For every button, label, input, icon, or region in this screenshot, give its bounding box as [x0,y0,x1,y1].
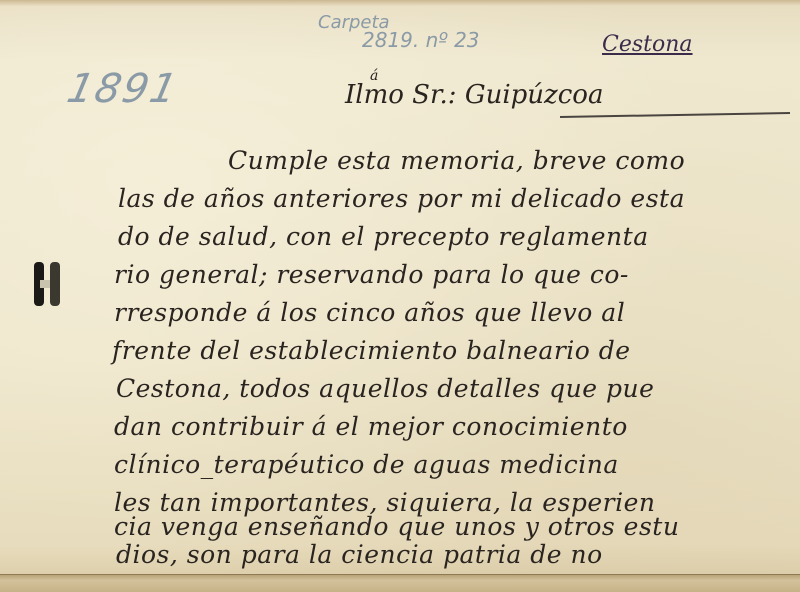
body-line: dios, son para la ciencia patria de no [116,540,603,569]
body-line: Cumple esta memoria, breve como [228,146,685,175]
body-line: las de años anteriores por mi delicado e… [118,184,685,213]
scanned-page: 1891 Carpeta 2819. nº 23 Cestona á Ilmo … [0,0,800,592]
body-line: do de salud, con el precepto reglamenta [118,222,649,251]
letter-place: Cestona [602,32,693,57]
body-line: cia venga enseñando que unos y otros est… [114,512,679,541]
salutation-underline [560,112,790,118]
body-line: frente del establecimiento balneario de [112,336,631,365]
body-line: clínico_terapéutico de aguas medicina [114,450,619,479]
page-top-edge [0,0,800,6]
page-bottom-edge [0,574,800,592]
salutation: Ilmo Sr.: Guipúzcoa [345,80,603,110]
pencil-archive-ref-line2: 2819. nº 23 [362,28,480,52]
body-line: rresponde á los cinco años que llevo al [114,298,625,327]
body-line: dan contribuir á el mejor conocimiento [114,412,628,441]
pencil-year-annotation: 1891 [63,66,183,112]
body-line: rio general; reservando para lo que co- [114,260,629,289]
body-line: Cestona, todos aquellos detalles que pue [116,374,654,403]
binder-clip-icon [32,262,62,306]
